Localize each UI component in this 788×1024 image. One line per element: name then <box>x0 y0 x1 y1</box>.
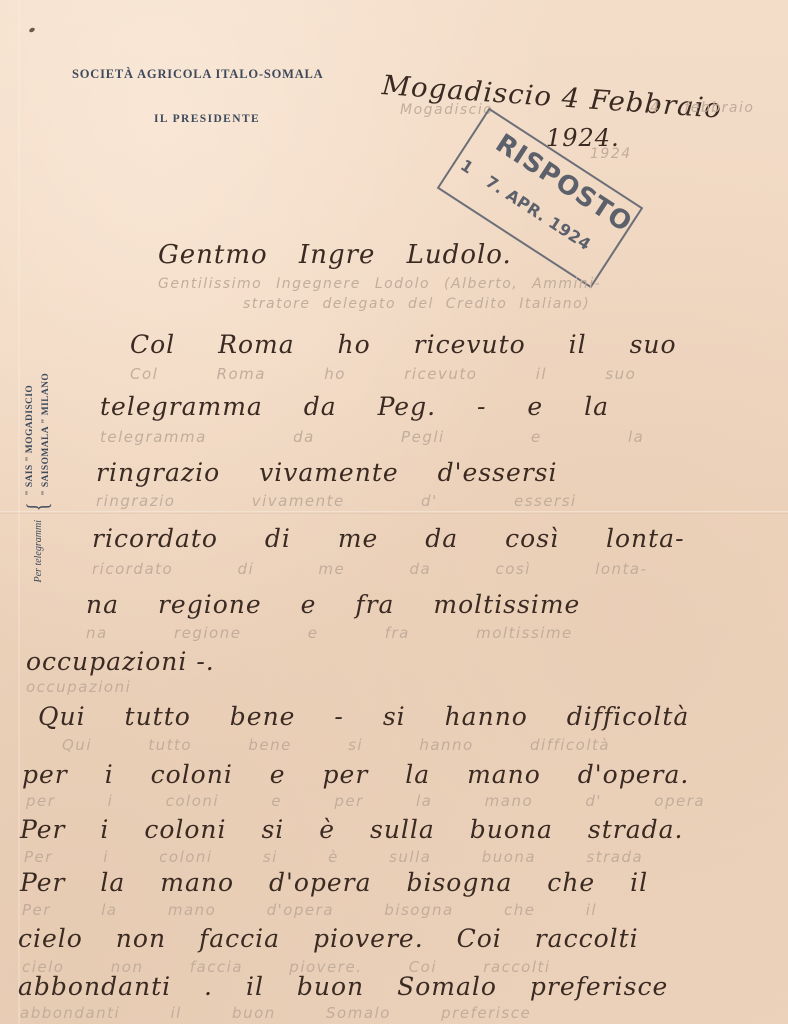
pin-hole-mark <box>28 27 35 33</box>
pencil-date: 4 febbraio <box>650 100 754 116</box>
salutation-pencil-line1: Gentilissimo Ingegnere Lodolo (Alberto, … <box>158 276 601 292</box>
letterhead-title: IL PRESIDENTE <box>154 113 260 125</box>
transcription-line: Col Roma ho ricevuto il suo <box>130 365 636 383</box>
telegram-address-block: Per telegrammi { " SAIS " MOGADISCIO " S… <box>22 370 72 600</box>
transcription-line: per i coloni e per la mano d' opera <box>26 792 705 810</box>
letter-line: abbondanti . il buon Somalo preferisce <box>18 972 668 1001</box>
letter-line: ringrazio vivamente d'essersi <box>96 458 558 487</box>
salutation-handwritten: Gentmo Ingre Ludolo. <box>158 240 512 270</box>
transcription-line: na regione e fra moltissime <box>86 624 573 642</box>
letter-page: SOCIETÀ AGRICOLA ITALO-SOMALA IL PRESIDE… <box>0 0 788 1024</box>
letterhead-company: SOCIETÀ AGRICOLA ITALO-SOMALA <box>72 67 323 82</box>
pencil-year: 1924 <box>590 146 632 162</box>
transcription-line: telegramma da Pegli e la <box>100 428 644 446</box>
letter-line: occupazioni -. <box>26 647 215 676</box>
letter-line: Per la mano d'opera bisogna che il <box>20 868 648 897</box>
transcription-line: ringrazio vivamente d' essersi <box>96 492 577 510</box>
brace-icon: { <box>23 502 53 511</box>
letter-line: Col Roma ho ricevuto il suo <box>130 330 677 359</box>
transcription-line: Per i coloni si è sulla buona strada <box>24 848 643 866</box>
stamp-number: 1 <box>457 156 477 178</box>
letter-line: cielo non faccia piovere. Coi raccolti <box>18 924 639 953</box>
telegram-line-milano: " SAISOMALA " MILANO <box>38 373 54 496</box>
letter-line: na regione e fra moltissime <box>86 590 580 619</box>
transcription-line: ricordato di me da così lonta- <box>92 560 648 578</box>
telegram-line-mogadiscio: " SAIS " MOGADISCIO <box>22 373 38 496</box>
salutation-pencil-line2: stratore delegato del Credito Italiano) <box>243 296 590 312</box>
transcription-line: occupazioni <box>26 678 131 696</box>
letter-line: per i coloni e per la mano d'opera. <box>22 760 689 789</box>
transcription-line: Per la mano d'opera bisogna che il <box>22 901 597 919</box>
letter-line: telegramma da Peg. - e la <box>100 392 609 421</box>
paper-fold <box>0 511 788 514</box>
transcription-line: abbondanti il buon Somalo preferisce <box>20 1004 531 1022</box>
letter-line: Qui tutto bene - si hanno difficoltà <box>38 702 689 731</box>
telegram-label: Per telegrammi <box>33 520 44 600</box>
letter-line: Per i coloni si è sulla buona strada. <box>20 815 683 844</box>
transcription-line: Qui tutto bene si hanno difficoltà <box>62 736 610 754</box>
pencil-place: Mogadiscio <box>400 102 493 118</box>
letter-line: ricordato di me da così lonta- <box>92 524 685 553</box>
